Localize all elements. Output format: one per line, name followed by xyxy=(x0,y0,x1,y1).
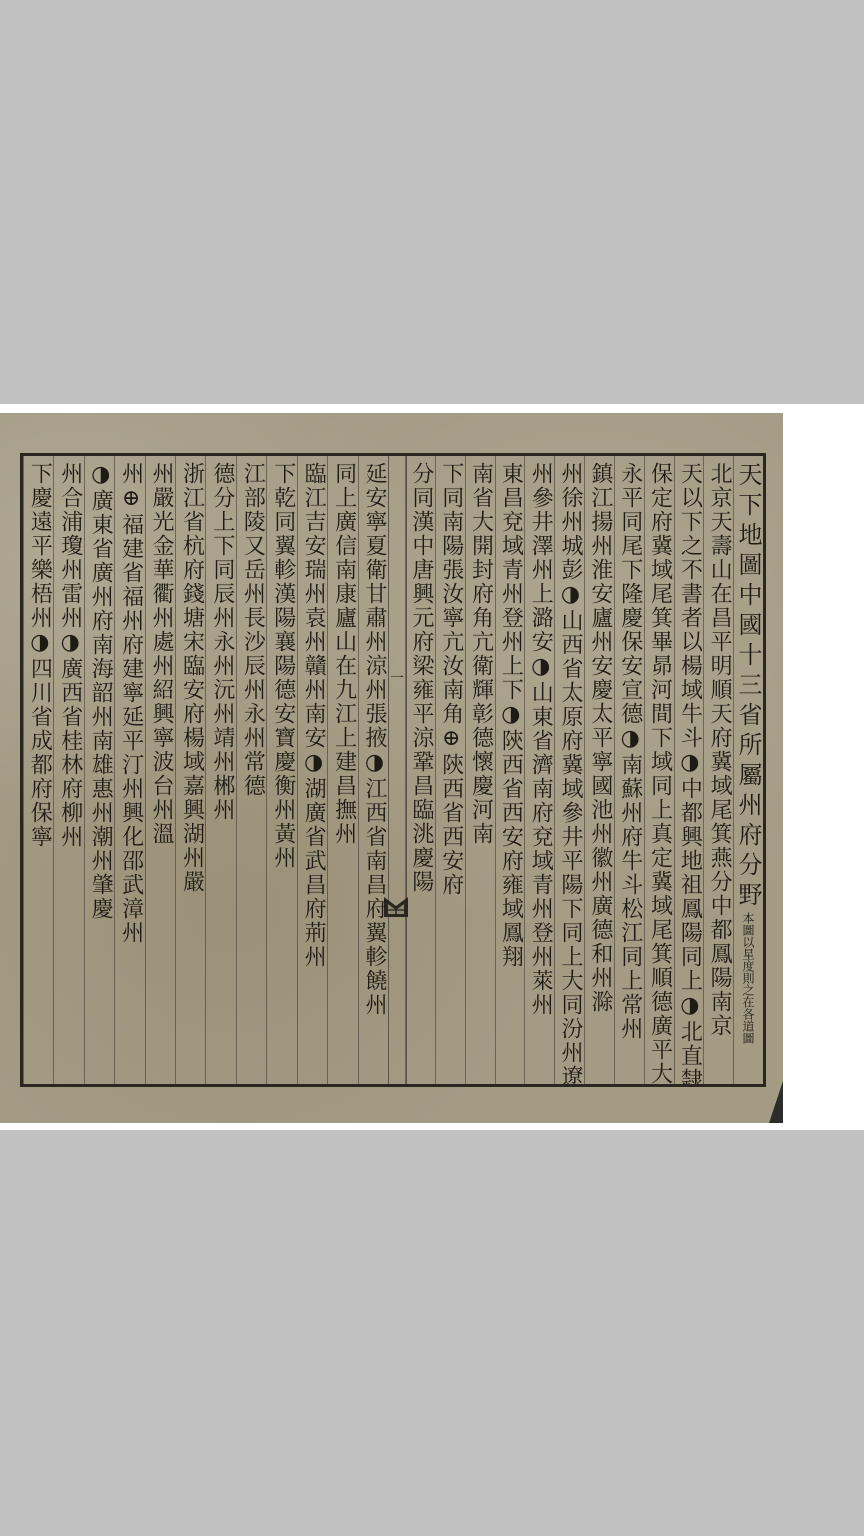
text-column: 下乾同翼軫漢陽襄陽德安寶慶衡州黃州 xyxy=(266,456,296,1084)
document-title: 天下地圖中國十三省所屬州府分野 xyxy=(734,462,762,912)
scan-corner-shadow xyxy=(769,1081,783,1123)
text-column: 州合浦瓊州雷州◑廣西省桂林府柳州 xyxy=(53,456,83,1084)
text-column: 東昌兗域青州登州上下◑陝西省西安府雍域鳳翔 xyxy=(495,456,525,1084)
text-column: 天以下之不書者以楊域牛斗◑中都興地祖鳳陽同上◑北直隸應 xyxy=(674,456,704,1084)
text-column: 州⊕福建省福州府建寧延平汀州興化邵武漳州 xyxy=(114,456,144,1084)
text-column: 保定府冀域尾箕畢昴河間下域同上真定冀域尾箕順德廣平大名 xyxy=(644,456,674,1084)
text-column: 臨江吉安瑞州袁州贛州南安◑湖廣省武昌府荊州 xyxy=(297,456,327,1084)
text-column: 北京天壽山在昌平明順天府冀域尾箕燕分中都鳳陽南京 xyxy=(703,456,733,1084)
text-column: 州參井澤州上潞安◑山東省濟南府兗域青州登州萊州 xyxy=(524,456,554,1084)
text-column: 南省大開封府角亢衛輝彰德懷慶河南 xyxy=(465,456,495,1084)
text-column: 鎮江揚州淮安廬州安慶太平寧國池州徽州廣德和州滁 xyxy=(584,456,614,1084)
title-note: 本圖以星度則之在各道圖 xyxy=(741,912,755,1044)
scanned-document: 天下地圖中國十三省所屬州府分野本圖以星度則之在各道圖 北京天壽山在昌平明順天府冀… xyxy=(0,413,783,1123)
title-column: 天下地圖中國十三省所屬州府分野本圖以星度則之在各道圖 xyxy=(733,456,763,1084)
text-column: 下慶遠平樂梧州◑四川省成都府保寧 xyxy=(23,456,53,1084)
text-column: 浙江省杭府錢塘宋臨安府楊域嘉興湖州嚴 xyxy=(175,456,205,1084)
text-column: 同上廣信南康廬山在九江上建昌撫州 xyxy=(327,456,357,1084)
page-number-mark: 一 xyxy=(389,668,405,688)
text-column: 州徐州城彭◑山西省太原府冀域參井平陽下同上大同汾州遼 xyxy=(554,456,584,1084)
text-column: 江部陵又岳州長沙辰州永州常德 xyxy=(236,456,266,1084)
text-column: 州嚴光金華衢州處州紹興寧波台州溫 xyxy=(145,456,175,1084)
text-column: 德分上下同辰州永州沅州靖州郴州 xyxy=(205,456,235,1084)
text-column: 永平同尾下隆慶保安宣德◑南蘇州府牛斗松江同上常州 xyxy=(614,456,644,1084)
text-column: 延安寧夏衛甘肅州涼州張掖◑江西省南昌府翼軫饒州 xyxy=(358,456,388,1084)
text-column: 下同南陽張汝寧亢汝南角⊕陝西省西安府 xyxy=(435,456,465,1084)
text-column: 分同漢中唐興元府梁雍平涼鞏昌臨洮慶陽 xyxy=(405,456,435,1084)
center-gutter: 一 xyxy=(388,456,407,1084)
left-page: 延安寧夏衛甘肅州涼州張掖◑江西省南昌府翼軫饒州 同上廣信南康廬山在九江上建昌撫州… xyxy=(23,456,388,1084)
right-page: 天下地圖中國十三省所屬州府分野本圖以星度則之在各道圖 北京天壽山在昌平明順天府冀… xyxy=(405,456,763,1084)
text-column: ◑廣東省廣州府南海韶州南雄惠州潮州肇慶 xyxy=(84,456,114,1084)
